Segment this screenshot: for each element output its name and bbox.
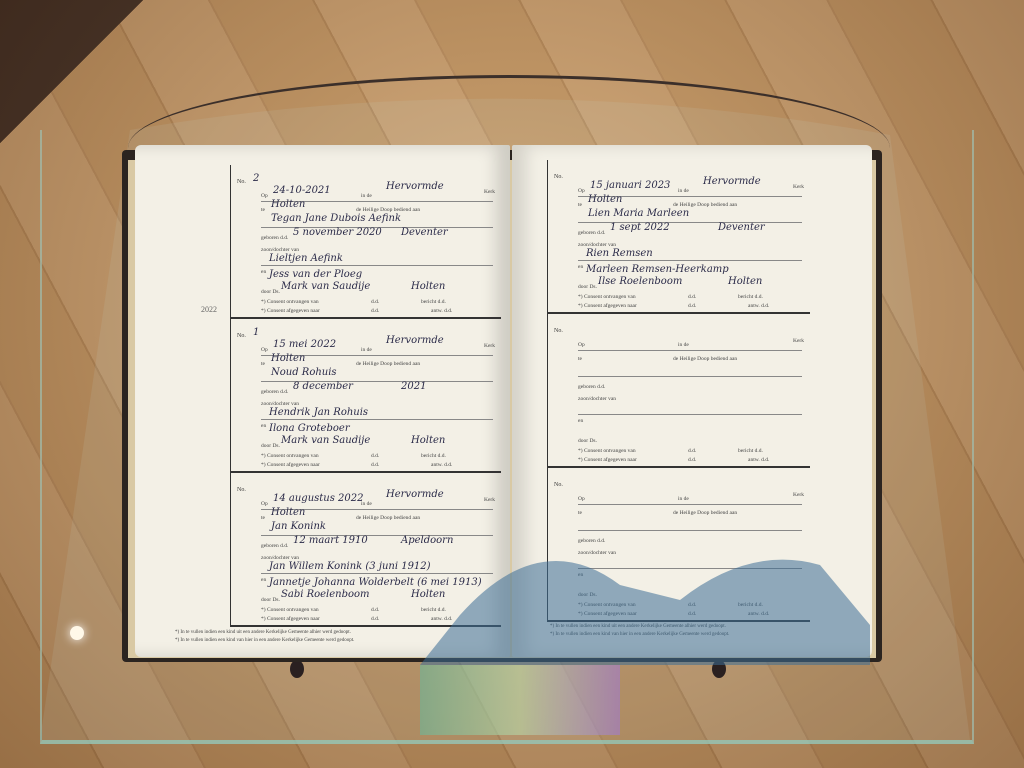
label: d.d. (688, 303, 696, 309)
label: geboren d.d. (261, 543, 288, 549)
minister: Mark van Saudije (281, 435, 370, 446)
label: *) Consent afgegeven naar (578, 303, 637, 309)
label: te (578, 202, 582, 208)
entry-number: 1 (253, 327, 259, 338)
label: antw. d.d. (748, 457, 769, 463)
label: d.d. (371, 462, 379, 468)
label: d.d. (688, 448, 696, 454)
label: Kerk (484, 343, 495, 349)
label: Kerk (793, 338, 804, 344)
birth-place: Deventer (401, 227, 448, 238)
label: en (261, 269, 266, 275)
light-glare (70, 626, 84, 640)
label: Op (261, 347, 268, 353)
label: en (578, 264, 583, 270)
label: de Heilige Doop bediend aan (673, 510, 737, 516)
label: *) Consent afgegeven naar (261, 462, 320, 468)
label: in de (361, 193, 372, 199)
minister-place: Holten (411, 589, 445, 600)
left-page: 2022 No. 2 Op 24-10-2021 in de Hervormde… (135, 145, 510, 657)
child-name: Lien Maria Marleen (588, 208, 689, 219)
church: Hervormde (386, 335, 444, 346)
label: Kerk (484, 189, 495, 195)
birth-date: 8 december (293, 381, 353, 392)
birth-date: 5 november 2020 (293, 227, 382, 238)
entry-list: No. Op 15 januari 2023 in de Hervormde K… (547, 160, 810, 622)
rule (261, 265, 493, 266)
baptism-date: 15 mei 2022 (273, 339, 336, 350)
register-entry: No. 1 Op 15 mei 2022 in de Hervormde Ker… (231, 319, 501, 473)
footnote: *) In te vullen indien een kind van hier… (175, 637, 354, 645)
label: te (261, 515, 265, 521)
label: *) Consent afgegeven naar (261, 308, 320, 314)
baptism-date: 14 augustus 2022 (273, 493, 364, 504)
label: geboren d.d. (261, 389, 288, 395)
floor-reflection (420, 665, 620, 735)
parent-2: Jess van der Ploeg (269, 269, 362, 280)
birth-place: Deventer (718, 222, 765, 233)
minister-place: Holten (411, 281, 445, 292)
rule (578, 376, 802, 377)
child-name: Jan Konink (271, 521, 326, 532)
rule (578, 414, 802, 415)
label: in de (678, 188, 689, 194)
label: *) Consent afgegeven naar (261, 616, 320, 622)
label: d.d. (371, 453, 379, 459)
parent-1: Lieltjen Aefink (269, 253, 343, 264)
label: Op (261, 193, 268, 199)
place: Holten (271, 353, 305, 364)
place: Holten (271, 507, 305, 518)
footnotes: *) In te vullen indien een kind uit een … (175, 629, 354, 645)
label: geboren d.d. (578, 538, 605, 544)
child-name: Noud Rohuis (271, 367, 337, 378)
minister: Ilse Roelenboom (598, 276, 682, 287)
label: geboren d.d. (578, 384, 605, 390)
rule (261, 419, 493, 420)
label: Op (578, 188, 585, 194)
label: te (578, 356, 582, 362)
label: *) Consent afgegeven naar (578, 457, 637, 463)
label: zoon/dochter van (578, 550, 616, 556)
label: de Heilige Doop bediend aan (356, 361, 420, 367)
year-marker: 2022 (201, 305, 217, 314)
label: door Ds. (578, 438, 597, 444)
minister-place: Holten (411, 435, 445, 446)
label: bericht d.d. (738, 448, 763, 454)
parent-2: Ilona Groteboer (269, 423, 350, 434)
entry-number-label: No. (554, 328, 563, 334)
label: Kerk (793, 492, 804, 498)
label: Kerk (484, 497, 495, 503)
label: te (578, 510, 582, 516)
book-holder-left (290, 660, 304, 678)
birth-date: 1 sept 2022 (610, 222, 670, 233)
label: in de (678, 342, 689, 348)
label: *) Consent ontvangen van (261, 607, 319, 613)
church: Hervormde (703, 176, 761, 187)
footnote: *) In te vullen indien een kind uit een … (175, 629, 354, 637)
label: d.d. (688, 457, 696, 463)
label: *) Consent ontvangen van (261, 299, 319, 305)
parent-2: Jannetje Johanna Wolderbelt (6 mei 1913) (269, 577, 482, 588)
rule (578, 350, 802, 351)
label: in de (361, 347, 372, 353)
label: d.d. (371, 607, 379, 613)
label: antw. d.d. (431, 616, 452, 622)
label: de Heilige Doop bediend aan (356, 515, 420, 521)
label: Op (578, 342, 585, 348)
parent-1: Rien Remsen (586, 248, 653, 259)
label: d.d. (688, 294, 696, 300)
label: zoon/dochter van (578, 396, 616, 402)
label: geboren d.d. (578, 230, 605, 236)
entry-number-label: No. (554, 482, 563, 488)
label: bericht d.d. (738, 294, 763, 300)
church: Hervormde (386, 181, 444, 192)
entry-number-label: No. (237, 333, 246, 339)
entry-list: No. 2 Op 24-10-2021 in de Hervormde Kerk… (230, 165, 501, 627)
label: door Ds. (261, 443, 280, 449)
birth-date: 12 maart 1910 (293, 535, 368, 546)
entry-number-label: No. (237, 487, 246, 493)
label: antw. d.d. (431, 308, 452, 314)
minister: Mark van Saudije (281, 281, 370, 292)
label: antw. d.d. (748, 303, 769, 309)
rule (578, 504, 802, 505)
child-name: Tegan Jane Dubois Aefink (271, 213, 401, 224)
rule (578, 260, 802, 261)
label: en (261, 577, 266, 583)
rule (261, 573, 493, 574)
label: *) Consent ontvangen van (578, 294, 636, 300)
label: bericht d.d. (421, 607, 446, 613)
label: de Heilige Doop bediend aan (673, 356, 737, 362)
label: antw. d.d. (431, 462, 452, 468)
label: Kerk (793, 184, 804, 190)
label: in de (361, 501, 372, 507)
label: en (578, 418, 583, 424)
register-entry: No. Op 15 januari 2023 in de Hervormde K… (548, 160, 810, 314)
label: te (261, 361, 265, 367)
label: d.d. (371, 308, 379, 314)
label: door Ds. (261, 289, 280, 295)
church: Hervormde (386, 489, 444, 500)
label: d.d. (371, 299, 379, 305)
entry-number-label: No. (554, 174, 563, 180)
label: door Ds. (578, 284, 597, 290)
minister-place: Holten (728, 276, 762, 287)
minister: Sabi Roelenboom (281, 589, 370, 600)
parent-1: Hendrik Jan Rohuis (269, 407, 368, 418)
label: *) Consent ontvangen van (261, 453, 319, 459)
label: bericht d.d. (421, 453, 446, 459)
label: *) Consent ontvangen van (578, 448, 636, 454)
label: Op (578, 496, 585, 502)
label: en (261, 423, 266, 429)
parent-1: Jan Willem Konink (3 juni 1912) (269, 561, 431, 572)
place: Holten (588, 194, 622, 205)
label: in de (678, 496, 689, 502)
label: te (261, 207, 265, 213)
parent-2: Marleen Remsen-Heerkamp (586, 264, 729, 275)
label: bericht d.d. (421, 299, 446, 305)
label: door Ds. (261, 597, 280, 603)
label: d.d. (371, 616, 379, 622)
entry-number: 2 (253, 173, 259, 184)
register-entry: No. Op 14 augustus 2022 in de Hervormde … (231, 473, 501, 627)
rule (578, 530, 802, 531)
label: geboren d.d. (261, 235, 288, 241)
birth-place: Apeldoorn (401, 535, 453, 546)
place: Holten (271, 199, 305, 210)
register-entry: No. 2 Op 24-10-2021 in de Hervormde Kerk… (231, 165, 501, 319)
register-entry: No. Op in de Kerk te de Heilige Doop bed… (548, 314, 810, 468)
label: Op (261, 501, 268, 507)
baptism-date: 15 januari 2023 (590, 180, 670, 191)
baptism-date: 24-10-2021 (273, 185, 331, 196)
entry-number-label: No. (237, 179, 246, 185)
birth-place: 2021 (401, 381, 426, 392)
